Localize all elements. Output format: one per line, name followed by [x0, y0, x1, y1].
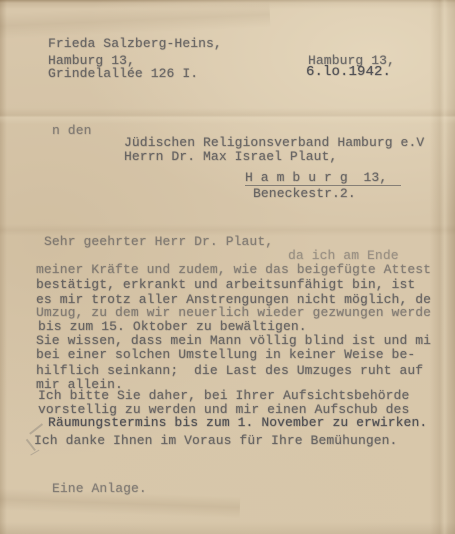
body-line: Ich bitte Sie daher, bei Ihrer Aufsichts… — [38, 389, 409, 402]
pencil-mark — [30, 450, 39, 456]
recipient-street: Beneckestr.2. — [253, 187, 356, 200]
body-line: Sie wissen, dass mein Mann völlig blind … — [36, 334, 431, 347]
body-line: bis zum 15. Oktober zu bewältigen. — [38, 320, 307, 333]
sender-street: Grindelallée 126 I. — [48, 67, 198, 80]
body-line: da ich am Ende — [288, 249, 399, 262]
scanned-letter-page: Frieda Salzberg-Heins, Hamburg 13, Grind… — [0, 0, 455, 534]
body-line: Räumungstermins bis zum 1. November zu e… — [48, 416, 427, 429]
enclosure-note: Eine Anlage. — [52, 482, 147, 495]
paper-crease — [0, 1, 270, 40]
body-line: bestätigt, erkrankt und arbeitsunfähigt … — [36, 278, 415, 291]
recipient-city: H a m b u r g 13, — [245, 171, 401, 186]
paper-fold-right — [430, 0, 448, 534]
body-line: Umzug, zu dem wir neuerlich wieder gezwu… — [36, 306, 431, 319]
recipient-person: Herrn Dr. Max Israel Plaut, — [124, 150, 337, 163]
dateline-date: 6.lo.1942. — [306, 66, 391, 79]
body-line: meiner Kräfte und zudem, wie das beigefü… — [36, 263, 431, 276]
body-line: hilflich seinkann; die Last des Umzuges … — [36, 364, 423, 377]
recipient-prefix: n den — [52, 124, 92, 137]
sender-name: Frieda Salzberg-Heins, — [48, 37, 222, 50]
paper-fold-line — [0, 108, 455, 124]
body-line: bei einer solchen Umstellung in keiner W… — [36, 348, 415, 361]
recipient-org: Jüdischen Religionsverband Hamburg e.V — [124, 136, 424, 149]
body-line: Ich danke Ihnen im Voraus für Ihre Bemüh… — [34, 434, 397, 447]
salutation: Sehr geehrter Herr Dr. Plaut, — [44, 235, 273, 248]
